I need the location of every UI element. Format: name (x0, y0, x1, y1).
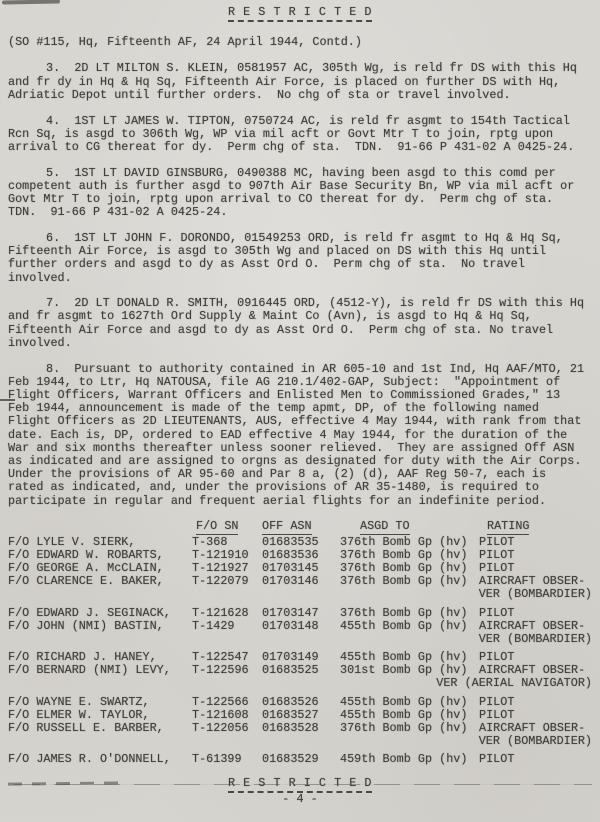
classification-header-text: R E S T R I C T E D (228, 6, 372, 22)
order-paragraph: 3. 2D LT MILTON S. KLEIN, 0581957 AC, 30… (8, 62, 592, 102)
cell-rating: PILOT (479, 536, 592, 549)
cell-name: F/O JAMES R. O'DONNELL, (8, 753, 192, 766)
table-header-row: F/O SN OFF ASN ASGD TO RATING (8, 520, 592, 534)
cell-asgd: 455th Bomb Gp (hv) (340, 620, 479, 646)
cell-sn: T-122566 (192, 696, 262, 709)
cell-asn: 01683528 (262, 722, 340, 748)
cell-asn: 01703147 (262, 607, 340, 620)
cell-asn: 01683529 (262, 753, 340, 766)
cell-name: F/O BERNARD (NMI) LEVY, (8, 664, 192, 690)
order-paragraph: 4. 1ST LT JAMES W. TIPTON, 0750724 AC, i… (8, 115, 592, 155)
table-row: F/O BERNARD (NMI) LEVY,T-122596016835253… (8, 664, 592, 690)
cell-name: F/O LYLE V. SIERK, (8, 536, 192, 549)
classification-footer: R E S T R I C T E D - 4 - (8, 777, 592, 806)
cell-rating: PILOT (479, 753, 592, 766)
cell-sn: T-121910 (192, 549, 262, 562)
order-paragraph: 5. 1ST LT DAVID GINSBURG, 0490388 MC, ha… (8, 167, 592, 220)
cell-asgd: 376th Bomb Gp (hv) (340, 722, 479, 748)
cell-rating: PILOT (479, 549, 592, 562)
table-header-sn: F/O SN (192, 520, 262, 534)
pencil-scribble (8, 781, 128, 785)
table-header-name-spacer (8, 520, 192, 534)
page-number: - 4 - (8, 793, 592, 806)
order-paragraph: 7. 2D LT DONALD R. SMITH, 0916445 ORD, (… (8, 297, 592, 350)
cell-name: F/O CLARENCE E. BAKER, (8, 575, 192, 601)
cell-rating-wrap: VER (BOMBARDIER) (479, 633, 592, 646)
table-header-rating: RATING (479, 520, 592, 534)
flight-officer-table: F/O SN OFF ASN ASGD TO RATING F/O LYLE V… (8, 520, 592, 766)
cell-rating: PILOT (479, 607, 592, 620)
cell-name: F/O RUSSELL E. BARBER, (8, 722, 192, 748)
cell-asn: 01683536 (262, 549, 340, 562)
cell-name: F/O WAYNE E. SWARTZ, (8, 696, 192, 709)
cell-name: F/O EDWARD W. ROBARTS, (8, 549, 192, 562)
order-paragraphs: 3. 2D LT MILTON S. KLEIN, 0581957 AC, 30… (8, 62, 592, 507)
cell-name: F/O EDWARD J. SEGINACK, (8, 607, 192, 620)
classification-footer-text: R E S T R I C T E D (228, 777, 372, 793)
cell-rating-wrap: VER (AERIAL NAVIGATOR) (436, 677, 592, 690)
table-row: F/O CLARENCE E. BAKER,T-1220790170314637… (8, 575, 592, 601)
cell-asgd: 376th Bomb Gp (hv) (340, 549, 479, 562)
table-row: F/O JOHN (NMI) BASTIN,T-142901703148455t… (8, 620, 592, 646)
cell-asn: 01683535 (262, 536, 340, 549)
order-paragraph: 8. Pursuant to authority contained in AR… (8, 363, 592, 508)
document-page: R E S T R I C T E D (SO #115, Hq, Fiftee… (0, 0, 600, 806)
table-header-asgd: ASGD TO (340, 520, 479, 534)
cell-rating-wrap: VER (BOMBARDIER) (479, 735, 592, 748)
cell-name: F/O JOHN (NMI) BASTIN, (8, 620, 192, 646)
cell-asgd: 376th Bomb Gp (hv) (340, 607, 479, 620)
cell-asn: 01683525 (262, 664, 340, 690)
cell-rating: PILOT (479, 696, 592, 709)
cell-asgd: 455th Bomb Gp (hv) (340, 696, 479, 709)
scanned-military-order-page: { "doc": { "classification_header": "R E… (0, 0, 600, 822)
cell-asn: 01703146 (262, 575, 340, 601)
cell-asn: 01683526 (262, 696, 340, 709)
table-row: F/O LYLE V. SIERK,T-36801683535376th Bom… (8, 536, 592, 549)
cell-sn: T-122056 (192, 722, 262, 748)
table-body: F/O LYLE V. SIERK,T-36801683535376th Bom… (8, 536, 592, 767)
cell-sn: T-122596 (192, 664, 262, 690)
cell-asgd: 376th Bomb Gp (hv) (340, 536, 479, 549)
cell-sn: T-1429 (192, 620, 262, 646)
cell-rating-wrap: VER (BOMBARDIER) (479, 588, 592, 601)
table-row: F/O RUSSELL E. BARBER,T-1220560168352837… (8, 722, 592, 748)
cell-asn: 01703148 (262, 620, 340, 646)
order-paragraph: 6. 1ST LT JOHN F. DORONDO, 01549253 ORD,… (8, 232, 592, 285)
table-row: F/O JAMES R. O'DONNELL,T-613990168352945… (8, 753, 592, 766)
table-header-asn: OFF ASN (262, 520, 340, 534)
table-row: F/O EDWARD W. ROBARTS,T-1219100168353637… (8, 549, 592, 562)
cell-asgd: 459th Bomb Gp (hv) (340, 753, 479, 766)
cell-sn: T-61399 (192, 753, 262, 766)
cell-asgd: 376th Bomb Gp (hv) (340, 575, 479, 601)
continuation-line: (SO #115, Hq, Fifteenth AF, 24 April 194… (8, 36, 592, 49)
table-row: F/O EDWARD J. SEGINACK,T-121628017031473… (8, 607, 592, 620)
cell-sn: T-122079 (192, 575, 262, 601)
cell-sn: T-121628 (192, 607, 262, 620)
classification-header: R E S T R I C T E D (8, 6, 592, 22)
table-row: F/O WAYNE E. SWARTZ,T-12256601683526455t… (8, 696, 592, 709)
cell-sn: T-368 (192, 536, 262, 549)
